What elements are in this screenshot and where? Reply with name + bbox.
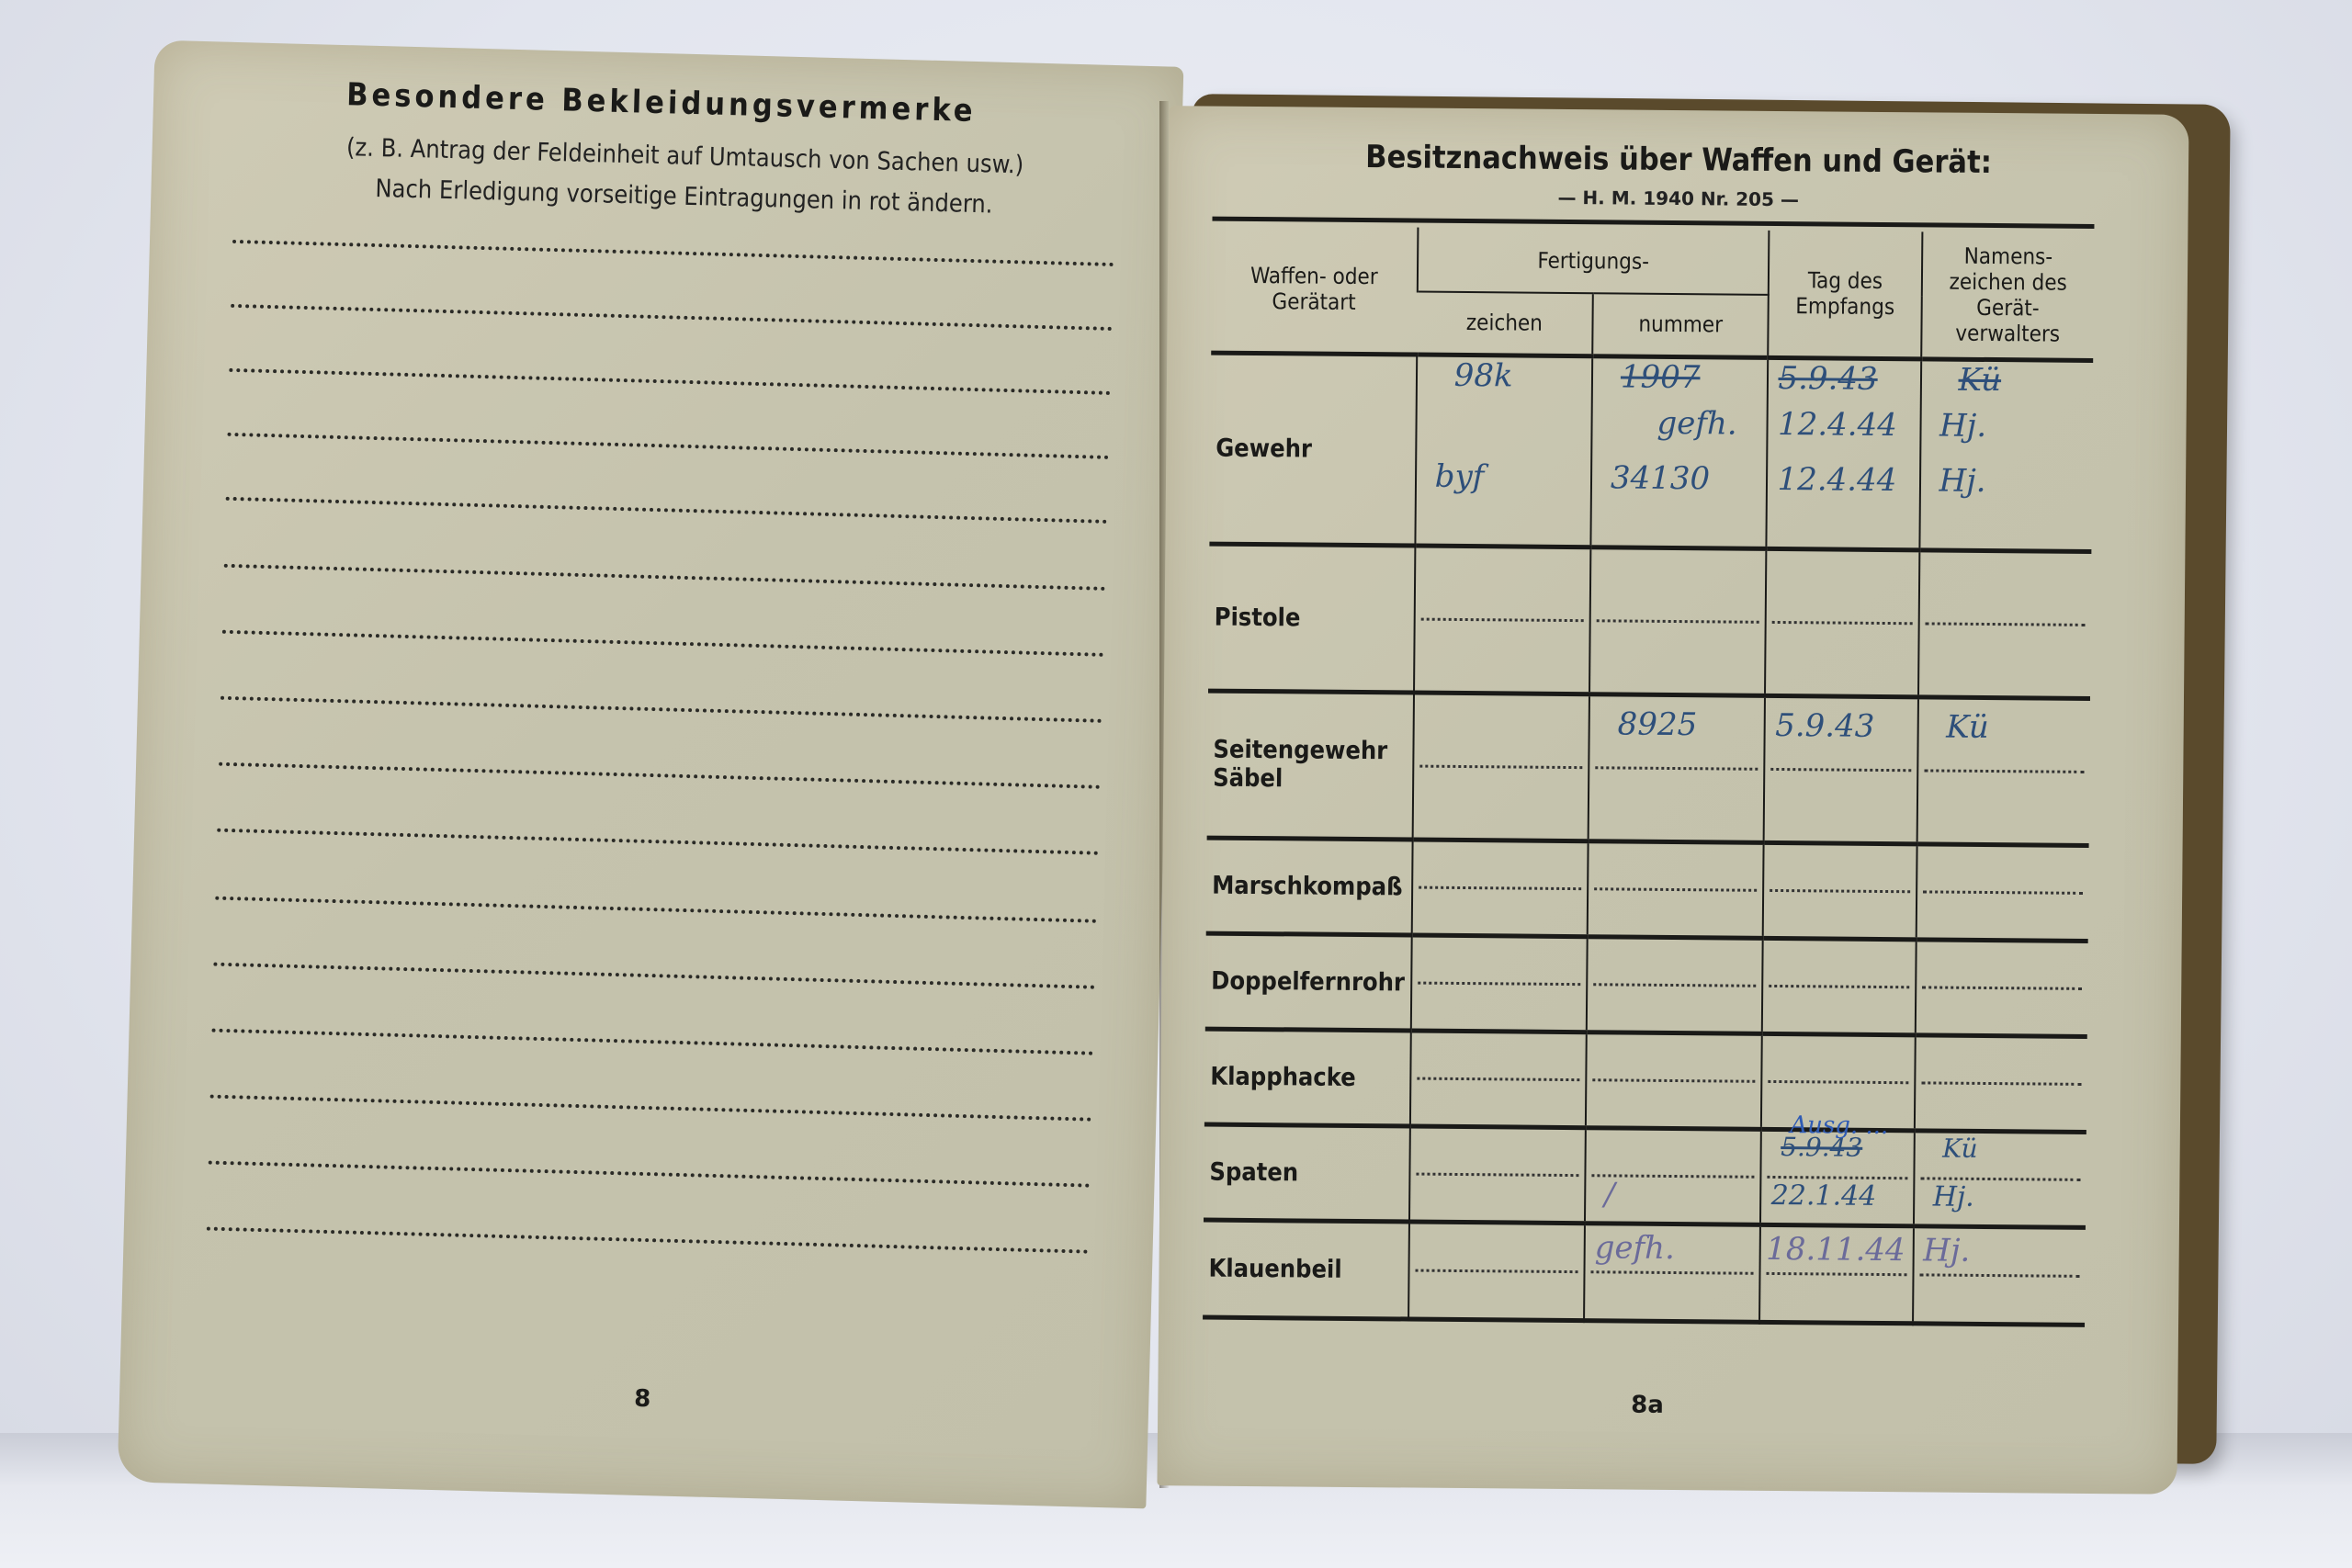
handwritten-number: 34130 xyxy=(1611,459,1711,497)
handwritten-date: 18.11.44 xyxy=(1766,1230,1905,1268)
cell-mark[interactable] xyxy=(1411,935,1588,1032)
writing-line[interactable] xyxy=(226,497,1108,524)
cell-date[interactable]: 5.9.43 Ausg. ... 22.1.44 xyxy=(1760,1129,1914,1225)
handwritten-mark: byf xyxy=(1435,457,1485,494)
writing-line[interactable] xyxy=(219,762,1101,789)
cell-signature[interactable] xyxy=(1918,549,2092,698)
handwritten-mark: 98k xyxy=(1454,356,1513,394)
handwritten-date: 5.9.43 xyxy=(1775,706,1875,744)
left-page-subtitle-2: Nach Erledigung vorseitige Eintragungen … xyxy=(243,171,1125,222)
table-row: Klapphacke xyxy=(1204,1029,2087,1132)
writing-line[interactable] xyxy=(217,829,1099,855)
writing-line[interactable] xyxy=(232,240,1114,266)
row-label-spaten: Spaten xyxy=(1204,1124,1410,1222)
row-label-gewehr: Gewehr xyxy=(1209,353,1417,546)
handwritten-signature: Hj. xyxy=(1939,407,1986,444)
table-row: Gewehr 98k byf 1907 gefh. 34130 5.9.43 1… xyxy=(1209,353,2093,551)
cell-number[interactable] xyxy=(1589,547,1767,695)
cell-signature[interactable] xyxy=(1915,939,2087,1036)
handwritten-number: 1907 xyxy=(1621,358,1701,396)
handwritten-signature: Kü xyxy=(1958,361,2001,398)
writing-line[interactable] xyxy=(224,564,1106,591)
table-row: Marschkompaß xyxy=(1206,838,2089,941)
handwritten-signature: Hj. xyxy=(1933,1180,1974,1213)
writing-line[interactable] xyxy=(229,368,1111,395)
row-label-klauenbeil: Klauenbeil xyxy=(1203,1220,1409,1319)
cell-number[interactable] xyxy=(1587,936,1763,1033)
handwritten-number: gefh. xyxy=(1657,404,1737,442)
writing-line[interactable] xyxy=(211,1029,1093,1055)
handwritten-annotation: Ausg. ... xyxy=(1790,1111,1888,1140)
writing-line[interactable] xyxy=(227,433,1109,459)
cell-date[interactable]: 5.9.43 12.4.44 12.4.44 xyxy=(1767,357,1921,549)
page-number-right: 8a xyxy=(1631,1392,1664,1419)
cell-mark[interactable] xyxy=(1411,840,1588,937)
handwritten-number: 8925 xyxy=(1617,705,1697,743)
writing-line[interactable] xyxy=(231,304,1113,331)
right-page: Besitznachweis über Waffen und Gerät: — … xyxy=(1157,106,2188,1495)
col-header-group: Fertigungs- xyxy=(1418,228,1770,295)
handwritten-date: 12.4.44 xyxy=(1777,460,1896,498)
page-number-left: 8 xyxy=(634,1385,651,1413)
table-row: Spaten / 5.9.43 Ausg. ... 22.1.44 Kü Hj. xyxy=(1204,1124,2086,1227)
left-page: Besondere Bekleidungsvermerke (z. B. Ant… xyxy=(118,40,1184,1509)
handwritten-date: 5.9.43 xyxy=(1778,359,1878,397)
cell-number[interactable] xyxy=(1586,1032,1762,1129)
handwritten-date: 22.1.44 xyxy=(1771,1179,1877,1212)
handwritten-signature: Kü xyxy=(1942,1133,1978,1163)
cell-signature[interactable] xyxy=(1914,1034,2086,1132)
cell-number[interactable]: 8925 xyxy=(1589,694,1766,842)
table-row: Klauenbeil gefh. 18.11.44 Hj. xyxy=(1203,1220,2086,1325)
col-header-signature: Namens- zeichen des Gerät- verwalters xyxy=(1921,231,2095,360)
row-label-marschkompass: Marschkompaß xyxy=(1206,838,1413,935)
cell-mark[interactable] xyxy=(1409,1126,1586,1224)
cell-number[interactable] xyxy=(1588,840,1764,938)
col-header-number: nummer xyxy=(1592,293,1769,357)
row-label-pistole: Pistole xyxy=(1208,544,1415,693)
handwritten-date: 12.4.44 xyxy=(1778,405,1897,443)
writing-line[interactable] xyxy=(209,1161,1091,1188)
handwritten-signature: Kü xyxy=(1946,708,1989,745)
right-page-title: Besitznachweis über Waffen und Gerät: xyxy=(1169,137,2188,183)
cell-mark[interactable] xyxy=(1412,693,1589,841)
cell-date[interactable] xyxy=(1762,938,1916,1034)
cell-signature[interactable]: Kü Hj. xyxy=(1913,1130,2086,1227)
handwritten-number: gefh. xyxy=(1595,1229,1676,1267)
handwritten-signature: Hj. xyxy=(1939,462,1985,499)
cell-mark[interactable]: 98k byf xyxy=(1415,355,1592,547)
equipment-table: Waffen- oder Gerätart Fertigungs- Tag de… xyxy=(1203,226,2094,1327)
cell-signature[interactable] xyxy=(1916,843,2088,941)
cell-date[interactable] xyxy=(1765,548,1918,696)
writing-line[interactable] xyxy=(222,630,1104,657)
col-header-item: Waffen- oder Gerätart xyxy=(1211,226,1418,355)
cell-date[interactable] xyxy=(1763,842,1917,939)
cell-signature[interactable]: Kü xyxy=(1917,696,2090,845)
cell-number[interactable]: 1907 gefh. 34130 xyxy=(1590,355,1768,548)
table-row: Doppelfernrohr xyxy=(1205,933,2088,1036)
col-header-mark: zeichen xyxy=(1417,292,1593,356)
handwritten-number: / xyxy=(1604,1176,1615,1213)
cell-signature[interactable]: Hj. xyxy=(1913,1225,2086,1325)
cell-number[interactable]: gefh. xyxy=(1584,1223,1760,1322)
row-label-doppelfernrohr: Doppelfernrohr xyxy=(1205,933,1412,1031)
row-label-klapphacke: Klapphacke xyxy=(1204,1029,1411,1126)
cell-date[interactable]: 5.9.43 xyxy=(1764,695,1917,843)
cell-mark[interactable] xyxy=(1408,1222,1585,1321)
cell-signature[interactable]: Kü Hj. Hj. xyxy=(1919,358,2093,551)
cell-mark[interactable] xyxy=(1414,546,1591,694)
writing-line[interactable] xyxy=(210,1095,1092,1122)
writing-line[interactable] xyxy=(213,963,1095,989)
cell-date[interactable]: 18.11.44 xyxy=(1760,1224,1914,1323)
writing-line[interactable] xyxy=(220,696,1102,723)
handwritten-signature: Hj. xyxy=(1923,1232,1970,1269)
regulation-reference: — H. M. 1940 Nr. 205 — xyxy=(1169,183,2188,214)
cell-mark[interactable] xyxy=(1410,1031,1587,1128)
table-row: Pistole xyxy=(1208,544,2091,698)
writing-line[interactable] xyxy=(215,897,1097,923)
row-label-seitengewehr: Seitengewehr Säbel xyxy=(1207,691,1414,840)
table-row: Seitengewehr Säbel 8925 5.9.43 Kü xyxy=(1207,691,2090,845)
col-header-date: Tag des Empfangs xyxy=(1769,231,1922,358)
writing-line[interactable] xyxy=(207,1227,1089,1254)
cell-number[interactable]: / xyxy=(1585,1127,1761,1224)
left-page-title: Besondere Bekleidungsvermerke xyxy=(346,76,977,130)
